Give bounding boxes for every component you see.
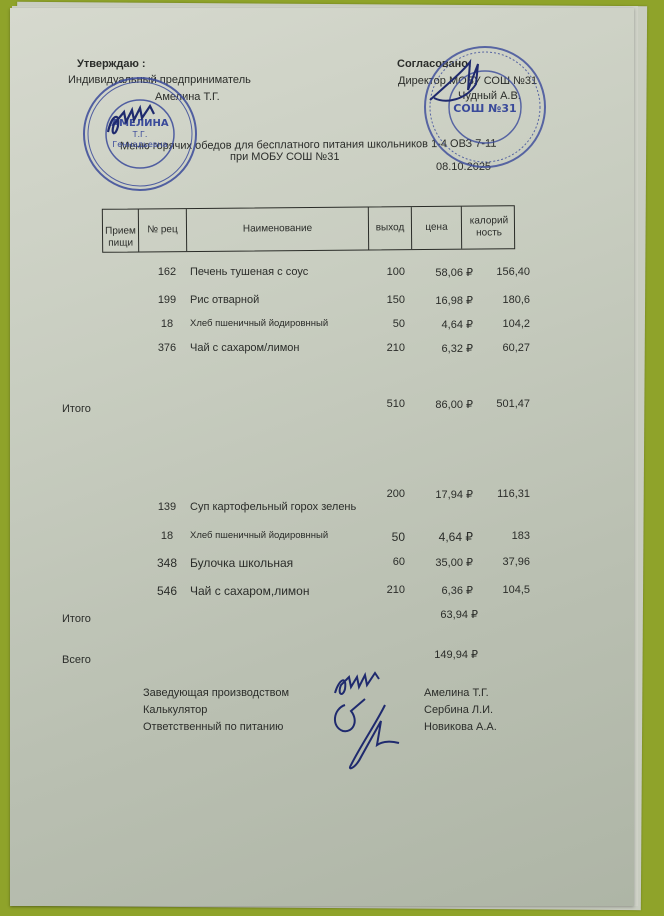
column-output: выход bbox=[369, 207, 412, 249]
output: 210 bbox=[370, 584, 405, 596]
dish-name: Рис отварной bbox=[190, 294, 259, 306]
table-row: 199 Рис отварной 150 16,98 ₽ 180,6 bbox=[60, 294, 530, 310]
calories: 156,40 bbox=[480, 266, 530, 278]
calories: 60,27 bbox=[480, 342, 530, 354]
column-name: Наименование bbox=[187, 207, 369, 251]
subtotal-label: Итого bbox=[62, 613, 91, 625]
recipe-no: 18 bbox=[152, 318, 182, 330]
recipe-no: 546 bbox=[152, 584, 182, 598]
stamp-left-icon: АМЕЛИНА Т.Г. Геннадьевна bbox=[80, 74, 200, 194]
recipe-no: 348 bbox=[152, 556, 182, 570]
output: 50 bbox=[370, 318, 405, 330]
signature-role: Заведующая производством bbox=[143, 687, 289, 699]
subtotal-row: Итого 510 86,00 ₽ 501,47 bbox=[60, 398, 530, 414]
stamp-left-line1: АМЕЛИНА bbox=[111, 118, 169, 129]
subtotal-label: Итого bbox=[62, 403, 91, 415]
table-header: Прием пищи № рец Наименование выход цена… bbox=[102, 205, 515, 253]
calories: 104,2 bbox=[480, 318, 530, 330]
column-calories: калорий ность bbox=[462, 206, 516, 248]
signature-role: Ответственный по питанию bbox=[143, 721, 283, 733]
price: 35,00 ₽ bbox=[405, 556, 473, 569]
output: 200 bbox=[370, 488, 405, 500]
recipe-no: 199 bbox=[152, 294, 182, 306]
signature-scribble-icon bbox=[325, 665, 415, 775]
stamp-right-icon: СОШ №31 bbox=[420, 42, 550, 172]
dish-name: Булочка школьная bbox=[190, 556, 293, 570]
signature-role: Калькулятор bbox=[143, 704, 207, 716]
menu-school: при МОБУ СОШ №31 bbox=[230, 151, 339, 163]
calories: 183 bbox=[480, 530, 530, 542]
dish-name: Чай с сахаром/лимон bbox=[190, 342, 300, 354]
output: 100 bbox=[370, 266, 405, 278]
table-row: 546 Чай с сахаром,лимон 210 6,36 ₽ 104,5 bbox=[60, 584, 530, 600]
signature-name: Сербина Л.И. bbox=[424, 704, 493, 716]
subtotal-price: 63,94 ₽ bbox=[410, 608, 478, 621]
table-row: 139 Суп картофельный горох зелень 200 17… bbox=[60, 488, 530, 516]
subtotal-price: 86,00 ₽ bbox=[405, 398, 473, 411]
subtotal-output: 510 bbox=[370, 398, 405, 410]
dish-name: Печень тушеная с соус bbox=[190, 266, 308, 278]
subtotal-row: Итого 63,94 ₽ bbox=[60, 608, 530, 624]
dish-name: Хлеб пшеничный йодировнный bbox=[190, 530, 328, 541]
table-row: 376 Чай с сахаром/лимон 210 6,32 ₽ 60,27 bbox=[60, 342, 530, 358]
price: 16,98 ₽ bbox=[405, 294, 473, 307]
dish-name: Чай с сахаром,лимон bbox=[190, 584, 309, 598]
calories: 104,5 bbox=[480, 584, 530, 596]
recipe-no: 18 bbox=[152, 530, 182, 542]
price: 58,06 ₽ bbox=[405, 266, 473, 279]
stamp-left-line2: Т.Г. bbox=[132, 130, 148, 139]
table-row: 162 Печень тушеная с соус 100 58,06 ₽ 15… bbox=[60, 266, 530, 282]
price: 6,36 ₽ bbox=[405, 584, 473, 597]
approve-title: Утверждаю : bbox=[77, 58, 146, 70]
output: 60 bbox=[370, 556, 405, 568]
column-recipe-no: № рец bbox=[139, 209, 187, 251]
recipe-no: 376 bbox=[152, 342, 182, 354]
table-row: 348 Булочка школьная 60 35,00 ₽ 37,96 bbox=[60, 556, 530, 572]
column-meal: Прием пищи bbox=[103, 209, 139, 251]
grand-total-row: Всего 149,94 ₽ bbox=[60, 648, 530, 664]
output: 210 bbox=[370, 342, 405, 354]
dish-name: Хлеб пшеничный йодировнный bbox=[190, 318, 328, 329]
price: 6,32 ₽ bbox=[405, 342, 473, 355]
stamp-left-line3: Геннадьевна bbox=[112, 140, 167, 149]
grand-total-price: 149,94 ₽ bbox=[410, 648, 478, 661]
price: 4,64 ₽ bbox=[405, 530, 473, 544]
dish-name: Суп картофельный горох зелень bbox=[190, 501, 356, 513]
recipe-no: 139 bbox=[152, 501, 182, 513]
subtotal-calories: 501,47 bbox=[480, 398, 530, 410]
calories: 180,6 bbox=[480, 294, 530, 306]
calories: 37,96 bbox=[480, 556, 530, 568]
price: 17,94 ₽ bbox=[405, 488, 473, 501]
price: 4,64 ₽ bbox=[405, 318, 473, 331]
stamp-right-line1: СОШ №31 bbox=[453, 102, 516, 115]
signature-name: Новикова А.А. bbox=[424, 721, 497, 733]
recipe-no: 162 bbox=[152, 266, 182, 278]
signature-name: Амелина Т.Г. bbox=[424, 687, 489, 699]
calories: 116,31 bbox=[480, 488, 530, 500]
grand-total-label: Всего bbox=[62, 654, 91, 666]
table-row: 18 Хлеб пшеничный йодировнный 50 4,64 ₽ … bbox=[60, 530, 530, 546]
output: 50 bbox=[370, 530, 405, 544]
column-price: цена bbox=[412, 207, 462, 249]
table-row: 18 Хлеб пшеничный йодировнный 50 4,64 ₽ … bbox=[60, 318, 530, 334]
output: 150 bbox=[370, 294, 405, 306]
